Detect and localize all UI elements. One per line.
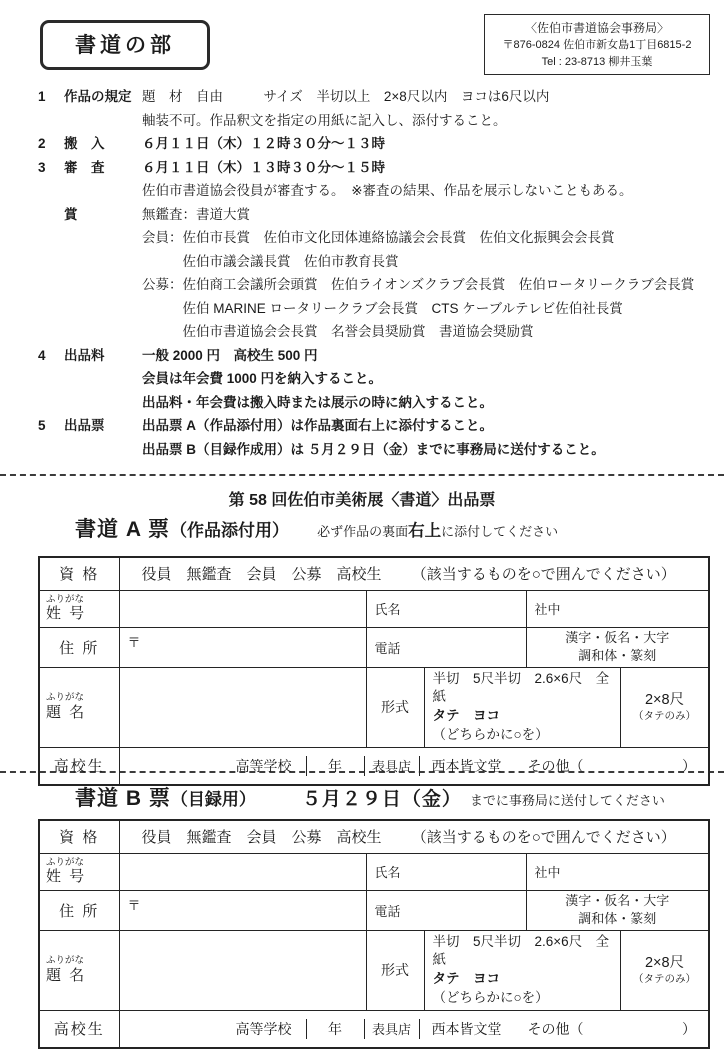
qualification-options-cell: 役員 無鑑査 会員 公募 高校生 （該当するものを○で囲んでください） [119, 557, 709, 590]
rules-list: 1 作品の規定 題 材 自由 サイズ 半切以上 2×8尺以内 ヨコは6尺以内 軸… [38, 85, 716, 461]
format-orientation-note: （どちらかに○を） [433, 990, 549, 1005]
form-b-table: 資 格 役員 無鑑査 会員 公募 高校生 （該当するものを○で囲んでください） … [38, 819, 710, 1049]
form-a-table: 資 格 役員 無鑑査 会員 公募 高校生 （該当するものを○で囲んでください） … [38, 556, 710, 786]
qualification-note: （該当するものを○で囲んでください） [412, 829, 676, 846]
mounting-shop: 西本皆文堂 [432, 756, 502, 776]
category-line1: 漢字・仮名・大字 [527, 629, 709, 647]
rule-text: ６月１１日（木）１３時３０分～１５時 [142, 156, 716, 180]
rule-item-judging: 3 審 査 ６月１１日（木）１３時３０分～１５時 佐伯市書道協会役員が審査する。… [38, 156, 716, 203]
rule-number: 1 [38, 85, 64, 132]
award-line: 佐伯市書道協会会長賞 名誉会員奨励賞 書道協会奨励賞 [142, 320, 716, 344]
highschool-school-suffix: 高等学校 [120, 1019, 307, 1039]
rule-number: 3 [38, 156, 64, 203]
worktitle-label: 題 名 [46, 967, 113, 985]
rule-text: ６月１１日（木）１２時３０分～１３時 [142, 132, 716, 156]
mounting-shop: 西本皆文堂 [432, 1019, 502, 1039]
mounting-other: その他（ [528, 756, 584, 776]
format-orientation: タテ ヨコ [433, 971, 501, 986]
format-2x8-cell: 2×8尺 （タテのみ） [620, 931, 708, 1011]
rule-text: 軸装不可。作品釈文を指定の用紙に記入し、添付すること。 [142, 109, 716, 133]
name-label-cell: 氏名 [366, 590, 526, 627]
format-2x8-cell: 2×8尺 （タテのみ） [620, 668, 708, 748]
group-label-cell: 社中 [526, 590, 709, 627]
penname-write-area [119, 853, 366, 890]
form-a-note-bold: 右上 [408, 522, 441, 540]
address-label: 住 所 [39, 890, 119, 930]
name-label-cell: 氏名 [366, 853, 526, 890]
rule-label: 賞 [64, 203, 142, 344]
award-line: 会員：佐伯市長賞 佐伯市文化団体連絡協議会会長賞 佐伯文化振興会会長賞 [142, 226, 716, 250]
office-name: 〈佐伯市書道協会事務局〉 [491, 19, 703, 37]
mounting-other: その他（ [528, 1019, 584, 1039]
worktitle-label-cell: ふりがな 題 名 [39, 667, 119, 748]
worktitle-write-area [119, 667, 366, 748]
rule-text: 出品票 B（目録作成用）は ５月２９日（金）までに事務局に送付すること。 [142, 438, 716, 462]
address-write-area: 〒 [119, 890, 366, 930]
qualification-label: 資 格 [39, 557, 119, 590]
exhibition-entry-title: 第 58 回佐伯市美術展〈書道〉出品票 [0, 487, 724, 510]
award-line: 公募：佐伯商工会議所会頭賞 佐伯ライオンズクラブ会長賞 佐伯ロータリークラブ会長… [142, 273, 716, 297]
rule-label: 作品の規定 [64, 85, 142, 132]
rule-item-entry-slip: 5 出品票 出品票 A（作品添付用）は作品裏面右上に添付すること。 出品票 B（… [38, 414, 716, 461]
qualification-options: 役員 無鑑査 会員 公募 高校生 [142, 829, 382, 846]
form-b-subtitle: （目録用） [171, 785, 256, 810]
qualification-label: 資 格 [39, 820, 119, 853]
format-orientation-note: （どちらかに○を） [433, 727, 549, 742]
rule-label: 搬 入 [64, 132, 142, 156]
mounting-options-cell: 西本皆文堂 その他（ ） [420, 756, 709, 776]
rule-text: 出品料・年会費は搬入時または展示の時に納入すること。 [142, 391, 716, 415]
format-2x8-size: 2×8尺 [645, 691, 684, 710]
phone-label-cell: 電話 [366, 627, 526, 667]
mounting-close-paren: ） [682, 756, 696, 776]
rule-text: 題 材 自由 サイズ 半切以上 2×8尺以内 ヨコは6尺以内 [142, 85, 716, 109]
rule-text: 佐伯市書道協会役員が審査する。 ※審査の結果、作品を展示しないこともある。 [142, 179, 716, 203]
rule-item-carry-in: 2 搬 入 ６月１１日（木）１２時３０分～１３時 [38, 132, 716, 156]
category-line2: 調和体・篆刻 [527, 647, 709, 665]
rule-text: 会員は年会費 1000 円を納入すること。 [142, 367, 716, 391]
address-write-area: 〒 [119, 627, 366, 667]
worktitle-write-area [119, 930, 366, 1011]
penname-label: 姓 号 [46, 868, 113, 886]
format-options: 半切 5尺半切 2.6×6尺 全紙 [433, 933, 613, 971]
highschool-school-suffix: 高等学校 [120, 756, 307, 776]
rule-number: 5 [38, 414, 64, 461]
category-line1: 漢字・仮名・大字 [527, 892, 709, 910]
worktitle-label-cell: ふりがな 題 名 [39, 930, 119, 1011]
format-2x8-note: （タテのみ） [633, 710, 696, 724]
rule-item-awards: 賞 無鑑査：書道大賞 会員：佐伯市長賞 佐伯市文化団体連絡協議会会長賞 佐伯文化… [38, 203, 716, 344]
form-a-title: 書道 A 票 [75, 513, 170, 543]
mounting-options-cell: 西本皆文堂 その他（ ） [420, 1019, 709, 1039]
award-line: 佐伯市議会議長賞 佐伯市教育長賞 [142, 250, 716, 274]
qualification-options: 役員 無鑑査 会員 公募 高校生 [142, 566, 382, 583]
form-b-deadline: ５月２９日（金） [302, 784, 462, 811]
furigana-label: ふりがな [46, 594, 113, 606]
award-line: 佐伯 MARINE ロータリークラブ会長賞 CTS ケーブルテレビ佐伯社長賞 [142, 297, 716, 321]
section-badge: 書道の部 [40, 20, 210, 70]
rule-number: 2 [38, 132, 64, 156]
format-options: 半切 5尺半切 2.6×6尺 全紙 [433, 670, 613, 708]
office-contact-box: 〈佐伯市書道協会事務局〉 〒876-0824 佐伯市新女島1丁目6815-2 T… [484, 14, 710, 75]
furigana-label: ふりがな [46, 955, 113, 967]
penname-label: 姓 号 [46, 605, 113, 623]
rule-label: 出品料 [64, 344, 142, 415]
form-a-note: 必ず作品の裏面右上に添付してください [317, 517, 558, 541]
worktitle-label: 題 名 [46, 704, 113, 722]
rule-text: 一般 2000 円 高校生 500 円 [142, 344, 716, 368]
rule-label: 出品票 [64, 414, 142, 461]
qualification-options-cell: 役員 無鑑査 会員 公募 高校生 （該当するものを○で囲んでください） [119, 820, 709, 853]
highschool-label: 高校生 [39, 1011, 119, 1048]
phone-label-cell: 電話 [366, 890, 526, 930]
group-label-cell: 社中 [526, 853, 709, 890]
category-cell: 漢字・仮名・大字 調和体・篆刻 [526, 627, 709, 667]
format-cell: 形式 半切 5尺半切 2.6×6尺 全紙 タテ ヨコ（どちらかに○を） 2×8尺… [366, 667, 709, 748]
rule-number: 4 [38, 344, 64, 415]
form-b-title: 書道 B 票 [75, 782, 171, 812]
rule-item-regulations: 1 作品の規定 題 材 自由 サイズ 半切以上 2×8尺以内 ヨコは6尺以内 軸… [38, 85, 716, 132]
rule-item-fee: 4 出品料 一般 2000 円 高校生 500 円 会員は年会費 1000 円を… [38, 344, 716, 415]
form-a-heading: 書道 A 票 （作品添付用） 必ず作品の裏面右上に添付してください [75, 513, 558, 543]
category-cell: 漢字・仮名・大字 調和体・篆刻 [526, 890, 709, 930]
address-label: 住 所 [39, 627, 119, 667]
rule-text: 出品票 A（作品添付用）は作品裏面右上に添付すること。 [142, 414, 716, 438]
form-a-subtitle: （作品添付用） [170, 516, 289, 541]
format-label: 形式 [367, 931, 425, 1011]
form-a-note-post: に添付してください [441, 524, 558, 539]
format-2x8-note: （タテのみ） [633, 973, 696, 987]
furigana-label: ふりがな [46, 857, 113, 869]
penname-write-area [119, 590, 366, 627]
penname-label-cell: ふりがな 姓 号 [39, 590, 119, 627]
format-label: 形式 [367, 668, 425, 748]
mounting-label: 表具店 [365, 1019, 420, 1039]
office-tel: Tel : 23-8713 柳井玉葉 [491, 54, 703, 71]
format-orientation: タテ ヨコ [433, 708, 501, 723]
rule-label: 審 査 [64, 156, 142, 203]
rule-number [38, 203, 64, 344]
format-2x8-size: 2×8尺 [645, 954, 684, 973]
category-line2: 調和体・篆刻 [527, 910, 709, 928]
highschool-year-label: 年 [307, 1019, 365, 1039]
highschool-row-cell: 高等学校 年 表具店 西本皆文堂 その他（ ） [119, 1011, 709, 1048]
form-b-note: までに事務局に送付してください [470, 790, 665, 809]
mounting-close-paren: ） [682, 1019, 696, 1039]
highschool-row-cell: 高等学校 年 表具店 西本皆文堂 その他（ ） [119, 748, 709, 785]
format-cell: 形式 半切 5尺半切 2.6×6尺 全紙 タテ ヨコ（どちらかに○を） 2×8尺… [366, 930, 709, 1011]
form-a-note-pre: 必ず作品の裏面 [317, 524, 408, 539]
award-line: 無鑑査：書道大賞 [142, 203, 716, 227]
form-b-heading: 書道 B 票 （目録用） ５月２９日（金） までに事務局に送付してください [75, 782, 665, 812]
highschool-label: 高校生 [39, 748, 119, 785]
office-address: 〒876-0824 佐伯市新女島1丁目6815-2 [491, 37, 703, 54]
qualification-note: （該当するものを○で囲んでください） [412, 566, 676, 583]
penname-label-cell: ふりがな 姓 号 [39, 853, 119, 890]
furigana-label: ふりがな [46, 692, 113, 704]
mounting-label: 表具店 [365, 756, 420, 776]
dashed-cut-line [0, 474, 724, 476]
highschool-year-label: 年 [307, 756, 365, 776]
